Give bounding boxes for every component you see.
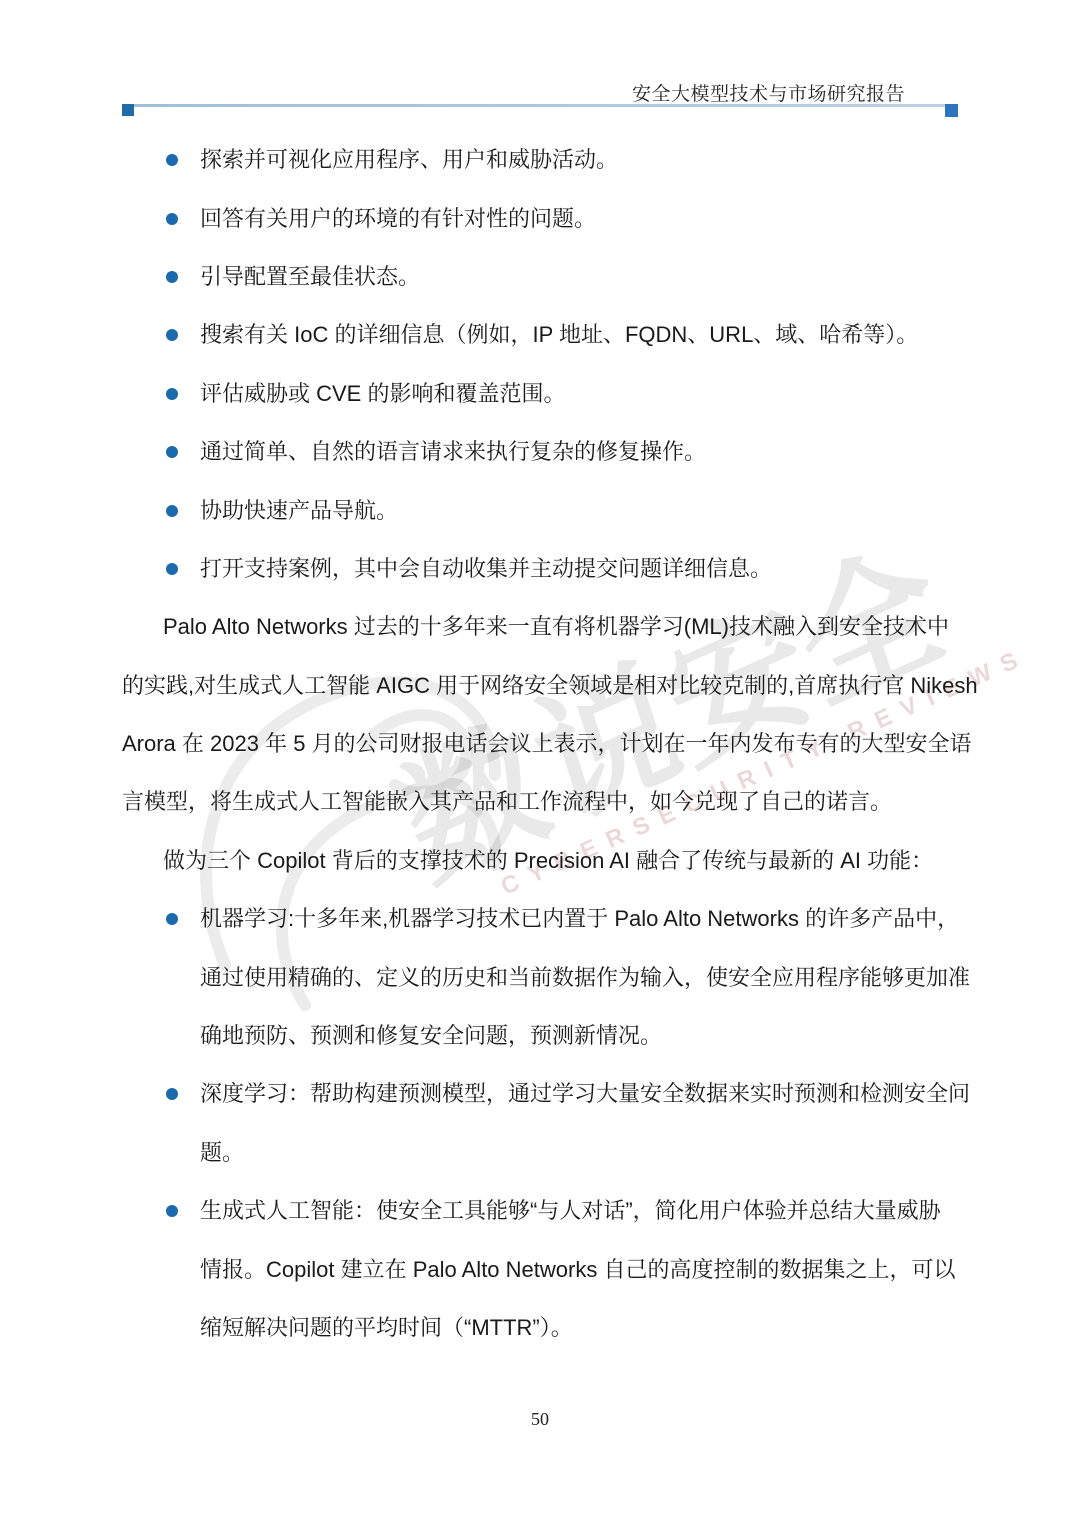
list-item-text: 题。	[200, 1142, 244, 1164]
paragraph-line: Palo Alto Networks 过去的十多年来一直有将机器学习(ML)技术…	[122, 598, 958, 656]
list-item-text: 协助快速产品导航。	[200, 500, 398, 522]
bullet-icon	[166, 388, 178, 400]
header-title: 安全大模型技术与市场研究报告	[632, 79, 905, 106]
header-rule	[122, 104, 958, 107]
bullet-icon	[166, 1205, 178, 1217]
header-rule-square-right	[945, 104, 958, 117]
list-item: 回答有关用户的环境的有针对性的问题。	[122, 189, 958, 247]
list-item-text: 确地预防、预测和修复安全问题，预测新情况。	[200, 1025, 662, 1047]
bullet-icon	[166, 913, 178, 925]
bullet-icon	[166, 1088, 178, 1100]
list-item-text: 深度学习：帮助构建预测模型，通过学习大量安全数据来实时预测和检测安全问	[200, 1083, 970, 1105]
paragraph-text: 做为三个 Copilot 背后的支撑技术的 Precision AI 融合了传统…	[163, 850, 933, 872]
page-number: 50	[0, 1409, 1080, 1430]
list-item-text: 评估威胁或 CVE 的影响和覆盖范围。	[200, 383, 565, 405]
list-item: 深度学习：帮助构建预测模型，通过学习大量安全数据来实时预测和检测安全问	[122, 1065, 958, 1123]
list-item-text: 生成式人工智能：使安全工具能够“与人对话”，简化用户体验并总结大量威胁	[200, 1200, 941, 1222]
list-item-text: 搜索有关 IoC 的详细信息（例如，IP 地址、FQDN、URL、域、哈希等）。	[200, 324, 918, 346]
list-item: 搜索有关 IoC 的详细信息（例如，IP 地址、FQDN、URL、域、哈希等）。	[122, 306, 958, 364]
list-item-continuation: 情报。Copilot 建立在 Palo Alto Networks 自己的高度控…	[122, 1240, 958, 1298]
bullet-icon	[166, 213, 178, 225]
paragraph-text: 言模型，将生成式人工智能嵌入其产品和工作流程中，如今兑现了自己的诺言。	[122, 791, 892, 813]
list-item-text: 探索并可视化应用程序、用户和威胁活动。	[200, 149, 618, 171]
bullet-icon	[166, 563, 178, 575]
bullet-icon	[166, 505, 178, 517]
content-area: 探索并可视化应用程序、用户和威胁活动。 回答有关用户的环境的有针对性的问题。 引…	[122, 131, 958, 1357]
paragraph-line: 的实践,对生成式人工智能 AIGC 用于网络安全领域是相对比较克制的,首席执行官…	[122, 657, 958, 715]
list-item-continuation: 通过使用精确的、定义的历史和当前数据作为输入，使安全应用程序能够更加准	[122, 948, 958, 1006]
list-item-text: 打开支持案例，其中会自动收集并主动提交问题详细信息。	[200, 558, 772, 580]
list-item: 打开支持案例，其中会自动收集并主动提交问题详细信息。	[122, 540, 958, 598]
list-item-text: 机器学习:十多年来,机器学习技术已内置于 Palo Alto Networks …	[200, 908, 959, 930]
list-item: 通过简单、自然的语言请求来执行复杂的修复操作。	[122, 423, 958, 481]
bullet-icon	[166, 329, 178, 341]
list-item-text: 情报。Copilot 建立在 Palo Alto Networks 自己的高度控…	[200, 1259, 955, 1281]
list-item: 探索并可视化应用程序、用户和威胁活动。	[122, 131, 958, 189]
report-page: 数说安全 CYBERSECURITY REVIEWS 安全大模型技术与市场研究报…	[0, 0, 1080, 1527]
bullet-icon	[166, 154, 178, 166]
list-item-text: 缩短解决问题的平均时间（“MTTR”）。	[200, 1317, 573, 1339]
paragraph-text: 的实践,对生成式人工智能 AIGC 用于网络安全领域是相对比较克制的,首席执行官…	[122, 675, 978, 697]
bullet-icon	[166, 271, 178, 283]
paragraph-line: Arora 在 2023 年 5 月的公司财报电话会议上表示，计划在一年内发布专…	[122, 715, 958, 773]
list-item-continuation: 确地预防、预测和修复安全问题，预测新情况。	[122, 1007, 958, 1065]
list-item: 评估威胁或 CVE 的影响和覆盖范围。	[122, 365, 958, 423]
list-item-continuation: 题。	[122, 1124, 958, 1182]
list-item-text: 通过使用精确的、定义的历史和当前数据作为输入，使安全应用程序能够更加准	[200, 967, 970, 989]
list-item: 机器学习:十多年来,机器学习技术已内置于 Palo Alto Networks …	[122, 890, 958, 948]
paragraph-text: Palo Alto Networks 过去的十多年来一直有将机器学习(ML)技术…	[163, 616, 949, 638]
bullet-icon	[166, 446, 178, 458]
list-item: 协助快速产品导航。	[122, 481, 958, 539]
list-item: 生成式人工智能：使安全工具能够“与人对话”，简化用户体验并总结大量威胁	[122, 1182, 958, 1240]
paragraph-line: 做为三个 Copilot 背后的支撑技术的 Precision AI 融合了传统…	[122, 832, 958, 890]
header-rule-square-left	[122, 104, 134, 116]
list-item-text: 引导配置至最佳状态。	[200, 266, 420, 288]
paragraph-text: Arora 在 2023 年 5 月的公司财报电话会议上表示，计划在一年内发布专…	[122, 733, 972, 755]
list-item-text: 通过简单、自然的语言请求来执行复杂的修复操作。	[200, 441, 706, 463]
list-item: 引导配置至最佳状态。	[122, 248, 958, 306]
list-item-continuation: 缩短解决问题的平均时间（“MTTR”）。	[122, 1299, 958, 1357]
list-item-text: 回答有关用户的环境的有针对性的问题。	[200, 208, 596, 230]
paragraph-line: 言模型，将生成式人工智能嵌入其产品和工作流程中，如今兑现了自己的诺言。	[122, 773, 958, 831]
